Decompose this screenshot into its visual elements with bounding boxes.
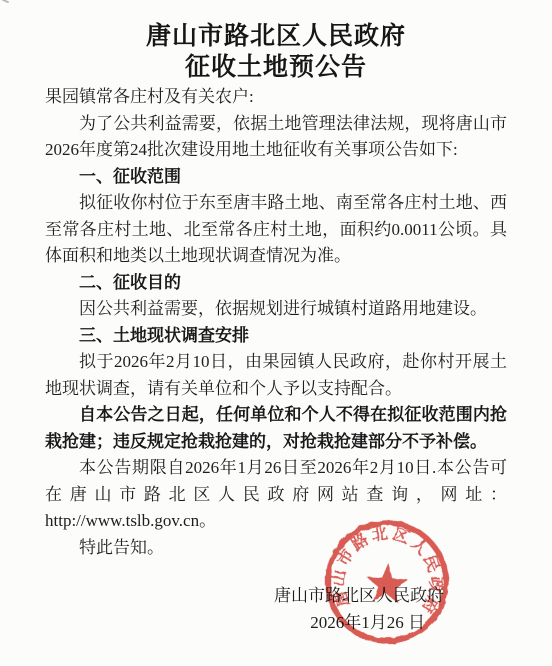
paragraph-validity-website: 本公告期限自2026年1月26日至2026年2月10日.本公告可在唐山市路北区人… bbox=[45, 455, 507, 535]
section-heading-survey: 三、土地现状调查安排 bbox=[45, 323, 507, 350]
document-title: 唐山市路北区人民政府 征收土地预公告 bbox=[45, 21, 507, 83]
paragraph-scope: 拟征收你村位于东至唐丰路土地、南至常各庄村土地、西至常各庄村土地、北至常各庄村土… bbox=[45, 190, 507, 270]
title-line-1: 唐山市路北区人民政府 bbox=[45, 21, 507, 52]
announcement-document: 唐山市路北区人民政府 征收土地预公告 果园镇常各庄村及有关农户: 为了公共利益需… bbox=[0, 0, 552, 636]
signature-block: 唐山市路北区人民政府 2026年1月26 日 bbox=[45, 583, 507, 636]
title-line-2: 征收土地预公告 bbox=[45, 52, 507, 83]
paragraph-survey: 拟于2026年2月10日，由果园镇人民政府，赴你村开展土地现状调查，请有关单位和… bbox=[45, 349, 507, 402]
document-body: 果园镇常各庄村及有关农户: 为了公共利益需要，依据土地管理法律法规，现将唐山市2… bbox=[45, 84, 507, 561]
signature-date: 2026年1月26 日 bbox=[45, 610, 507, 637]
signature-issuer: 唐山市路北区人民政府 bbox=[45, 583, 507, 610]
paragraph-closing: 特此告知。 bbox=[45, 535, 507, 562]
announcement-page: 唐山市路北区人民政府 征收土地预公告 果园镇常各庄村及有关农户: 为了公共利益需… bbox=[0, 0, 552, 666]
section-heading-scope: 一、征收范围 bbox=[45, 164, 507, 191]
salutation: 果园镇常各庄村及有关农户: bbox=[45, 84, 507, 111]
paragraph-prohibition: 自本公告之日起，任何单位和个人不得在拟征收范围内抢栽抢建；违反规定抢栽抢建的，对… bbox=[45, 402, 507, 455]
paragraph-intro: 为了公共利益需要，依据土地管理法律法规，现将唐山市2026年度第24批次建设用地… bbox=[45, 111, 507, 164]
section-heading-purpose: 二、征收目的 bbox=[45, 270, 507, 297]
paragraph-purpose: 因公共利益需要，依据规划进行城镇村道路用地建设。 bbox=[45, 296, 507, 323]
